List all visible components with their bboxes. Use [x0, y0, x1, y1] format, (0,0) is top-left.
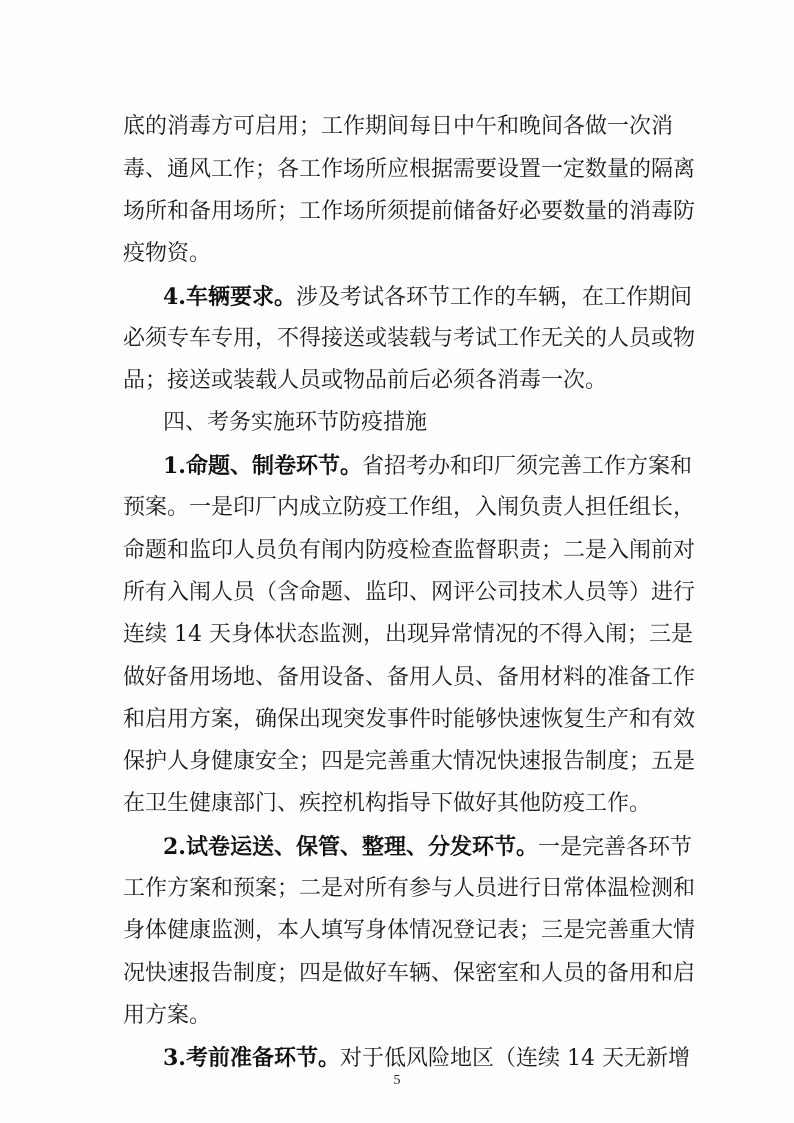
section-proposition-printing: 1.命题、制卷环节。省招考办和印厂须完善工作方案和 — [163, 451, 668, 481]
section-vehicle-requirements: 4.车辆要求。涉及考试各环节工作的车辆，在工作期间 — [163, 282, 668, 312]
text-line: 场所和备用场所；工作场所须提前储备好必要数量的消毒防 — [123, 197, 668, 227]
item-heading: 1.命题、制卷环节。 — [163, 453, 362, 479]
text-line: 连续 14 天身体状态监测，出现异常情况的不得入闱；三是 — [123, 620, 668, 650]
document-page: 底的消毒方可启用；工作期间每日中午和晚间各做一次消 毒、通风工作；各工作场所应根… — [0, 0, 794, 1123]
text-line: 必须专车专用，不得接送或装载与考试工作无关的人员或物 — [123, 324, 668, 354]
text-line: 在卫生健康部门、疾控机构指导下做好其他防疫工作。 — [123, 789, 668, 819]
text-line: 疫物资。 — [123, 239, 668, 269]
text-line: 工作方案和预案；二是对所有参与人员进行日常体温检测和 — [123, 874, 668, 904]
text-line: 和启用方案，确保出现突发事件时能够快速恢复生产和有效 — [123, 705, 668, 735]
text-line: 底的消毒方可启用；工作期间每日中午和晚间各做一次消 — [123, 112, 668, 142]
item-heading: 4.车辆要求。 — [163, 284, 296, 310]
item-heading: 2.试卷运送、保管、整理、分发环节。 — [163, 834, 538, 860]
page-number: 5 — [0, 1073, 794, 1089]
text-line: 所有入闱人员（含命题、监印、网评公司技术人员等）进行 — [123, 578, 668, 608]
text-line: 命题和监印人员负有闱内防疫检查监督职责；二是入闱前对 — [123, 536, 668, 566]
text-line: 用方案。 — [123, 1001, 668, 1031]
section-heading: 四、考务实施环节防疫措施 — [163, 408, 668, 438]
item-text: 一是完善各环节 — [538, 835, 692, 860]
text-line: 身体健康监测，本人填写身体情况登记表；三是完善重大情 — [123, 916, 668, 946]
text-line: 预案。一是印厂内成立防疫工作组，入闱负责人担任组长， — [123, 493, 668, 523]
section-paper-transport: 2.试卷运送、保管、整理、分发环节。一是完善各环节 — [163, 832, 668, 862]
section-pre-exam-prep: 3.考前准备环节。对于低风险地区（连续 14 天无新增 — [163, 1043, 668, 1073]
text-line: 做好备用场地、备用设备、备用人员、备用材料的准备工作 — [123, 663, 668, 693]
item-text: 省招考办和印厂须完善工作方案和 — [362, 454, 692, 479]
item-text: 对于低风险地区（连续 14 天无新增 — [340, 1046, 690, 1071]
text-line: 保护人身健康安全；四是完善重大情况快速报告制度；五是 — [123, 747, 668, 777]
text-line: 况快速报告制度；四是做好车辆、保密室和人员的备用和启 — [123, 959, 668, 989]
text-line: 品；接送或装载人员或物品前后必须各消毒一次。 — [123, 366, 668, 396]
text-line: 毒、通风工作；各工作场所应根据需要设置一定数量的隔离 — [123, 155, 668, 185]
item-text: 涉及考试各环节工作的车辆，在工作期间 — [296, 285, 692, 310]
item-heading: 3.考前准备环节。 — [163, 1045, 340, 1071]
